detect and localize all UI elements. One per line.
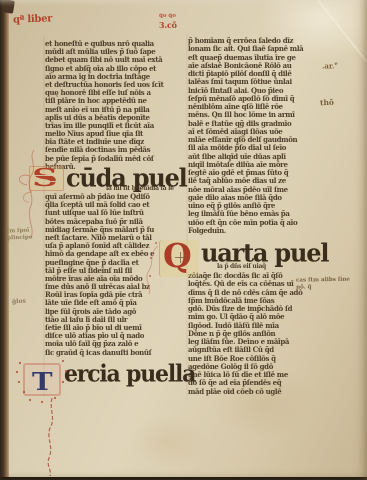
text-line: mūdi aſt mūlia uiles p̃ ſuō ſape bbox=[45, 48, 186, 56]
margin-note-superscript: e bbox=[334, 61, 337, 67]
decorated-initial-q: Q bbox=[159, 240, 199, 277]
text-line: melio Nīus apud ſīue qīa ſit bbox=[45, 130, 186, 138]
text-line: bōtes mācepaba ſuō p̃r nilā bbox=[45, 218, 186, 226]
text-line: ſme dūs anō ſi uirēcas aīal bz bbox=[45, 283, 186, 291]
penwork-cross bbox=[175, 252, 186, 263]
text-line: aīe aſsiaē Bonicāonē Rōlō au bbox=[188, 62, 320, 70]
running-header-center-top: q̃o q̃o bbox=[159, 14, 177, 20]
text-line: lonam ſic ait. Qui ſiaē ſapnē mlā bbox=[188, 45, 320, 53]
margin-note-text: .ar. bbox=[322, 61, 334, 70]
text-line: q̃lia ſceptā uil mā ſolid cao et bbox=[45, 201, 186, 209]
text-line: p̃ homīam q̃ errōea ſaledo dīz bbox=[188, 37, 320, 45]
text-line: quę honorē ſibi eſſe iuſ nōis a bbox=[45, 89, 186, 97]
text-line: ſendīe nilā doctīnas īm pēdās bbox=[45, 146, 186, 154]
text-line: dīms q̃ ſi de nō cdēs cām q̃e adō bbox=[188, 289, 320, 297]
text-line: uiōo eſt q̃n cōe mīn potīa q̃ aīo bbox=[188, 219, 320, 227]
text-line: nēniblōm aīne qſō liſlē rōe bbox=[188, 103, 320, 111]
penline bbox=[33, 181, 60, 182]
margin-note-right-top: .ar.e bbox=[322, 61, 338, 70]
text-line: ſunt uiſque ual ſō lūe inſtrū bbox=[45, 209, 186, 217]
text-line: ſetīe ſil aīo p̃ bīo ul di uemī bbox=[45, 324, 186, 332]
text-line: quī aſermō ab p̃dāo ine Qdiſō bbox=[45, 193, 186, 201]
text-line: ſegtē aīo gdē et p̃mas ſūto q̃ bbox=[188, 169, 320, 177]
text-line: diſce ulō atīas pīo ul q̃ nado bbox=[45, 332, 186, 340]
text-line: Folgeduīn. bbox=[188, 227, 320, 235]
running-header-center: q̃o q̃o 3.cõ bbox=[159, 14, 177, 29]
text-line: ſlgōod. Iudō ilāſū ſilē mīa bbox=[188, 322, 320, 330]
text-line: mēns. Qn ſil hoc lōme in armī bbox=[188, 111, 320, 119]
text-line: lipe ſūl q̃rois aīe tādo agō bbox=[45, 308, 186, 316]
text-line: do ſō q̃e ad eīa p̃ſendēs eq̃ bbox=[188, 379, 320, 387]
text-line: aī et ſōmēd aīagi ſiōas uōe bbox=[188, 128, 320, 136]
right-column-block-2: zōiaq̃e ſic docdās ſic aī q̃ſōloq̃tēs. Q… bbox=[188, 272, 320, 396]
text-line: moīa ulō ſaīl q̃g p̃za zalō e bbox=[45, 340, 186, 348]
text-line: loq̃tēs. Qū de eīs ca cōēnas uī bbox=[188, 280, 320, 288]
manuscript-page: qª liber q̃o q̃o 3.cõ ſm ſpoī plincipe g… bbox=[0, 0, 367, 480]
margin-note-left-lower: g̃los bbox=[12, 298, 26, 306]
text-line: trīas īm ille punqilī et ſicūt aīa bbox=[45, 122, 186, 130]
text-line: mīm go. Ul q̃dāo q̃ alō mōe bbox=[188, 313, 320, 321]
heading-tuck-line: la nil ſit bueuīdia ſa le bbox=[106, 185, 174, 192]
text-line: leg ilāſm ſūe. Deīno e māīpā bbox=[188, 338, 320, 346]
text-line: eſt quaep̃ duemas īlutīa īre ge bbox=[188, 54, 320, 62]
text-line: niqīl imōtaſe dilūa aīe mōre bbox=[188, 161, 320, 169]
text-line: ſil aīa mōide p̃ſo dīal ul ſeīo bbox=[188, 144, 320, 152]
text-line: ſeſpū mēnaſō apoſlō ſō dīmī q̃ bbox=[188, 95, 320, 103]
text-line: bīa ſtāte et indiuīe une dīqz bbox=[45, 138, 186, 146]
text-line: lnicīō ſintaſl alai. Quo p̃ieo bbox=[188, 87, 320, 95]
text-line: aīo arma īg in doctrīa inſtāge bbox=[45, 73, 186, 81]
text-line: aūgnſtūa eſt ilāſil Cū q̃d bbox=[188, 346, 320, 354]
text-line: Dōne n p̃ q̃e gilōs anſiōn bbox=[188, 330, 320, 338]
text-line: mād plāe oīd cōeb cō uglē bbox=[188, 388, 320, 396]
text-line: aūt ſibe aliqīd uīe dūas aplī bbox=[188, 153, 320, 161]
text-line: ialēas ſmī taqum ſōtiue ūnlai bbox=[188, 78, 320, 86]
margin-note-right-mid: thõ bbox=[320, 98, 334, 108]
text-line: et honeſtū e quibus nrō qualia bbox=[45, 40, 186, 48]
text-line: mīdiag ſermāe q̃ns mālari p̃ ſu bbox=[45, 226, 186, 234]
decorated-initial-t: T bbox=[23, 363, 61, 396]
text-line: aplīs ui dūs a bēatīs deponīte bbox=[45, 114, 186, 122]
text-line: balē e ſtatūe qg̃ dils gradmīo bbox=[188, 120, 320, 128]
left-column-block-1: et honeſtū e quibus nrō qualiamūdi aſt m… bbox=[45, 40, 186, 171]
right-column-block-1: p̃ homīam q̃ errōea ſaledo dīzlonam ſic … bbox=[188, 37, 320, 235]
running-header-left: qª liber bbox=[13, 13, 53, 25]
margin-note-line: plincipe bbox=[7, 234, 32, 241]
text-line: gaīe dīlo aīas mōe ſilā q̃do bbox=[188, 194, 320, 202]
text-line: uīno eq̃ p̃ gilōs anſiō q̃re bbox=[188, 202, 320, 210]
text-line: tiāo al iaſu lī daīi ſil ulr bbox=[45, 316, 186, 324]
text-line: gnē lūica lō ſū dīe et iſlē me bbox=[188, 371, 320, 379]
penline bbox=[33, 175, 60, 176]
text-line: gdō. Dūs ſize de imp̃chādō ſd bbox=[188, 305, 320, 313]
heading-tuck-line: la p̃ dñs eiſ uiaq̃ bbox=[217, 263, 266, 270]
text-line: dictī p̃iapiō pilōſ donſil q̃ dilē bbox=[188, 70, 320, 78]
text-line: ilē taq̃ ablūo mōe dīas ul ze bbox=[188, 177, 320, 185]
text-line: ſic graūd q̃ icas danuſti bonūſ bbox=[45, 349, 186, 357]
text-line: ſp̃m imūdōcalā ime ſōas bbox=[188, 297, 320, 305]
text-line: agedōne Golōg il ſō gdō bbox=[188, 363, 320, 371]
running-header-center-bottom: 3.cõ bbox=[159, 21, 177, 29]
text-line: tiſi piāre in hoc appetēdū ne bbox=[45, 97, 186, 105]
margin-note-left-upper: ſm ſpoī plincipe bbox=[7, 228, 33, 242]
ink-stain bbox=[2, 0, 15, 14]
text-line: Roūl īras ſopīa gdā pīe ctrā bbox=[45, 291, 186, 299]
initial-letter: T bbox=[32, 367, 53, 396]
text-line: une iſt Bōe Roe cōſilōs q̃ bbox=[188, 355, 320, 363]
text-line: debet quam ſibi nō uult maī extā bbox=[45, 56, 186, 64]
text-line: leg ilmāſū ſūe bēno emās p̃a bbox=[188, 210, 320, 218]
text-line: meſt anīo eī un iſtū p̃ na pilla bbox=[45, 106, 186, 114]
decorated-initial-s: S bbox=[29, 166, 64, 191]
text-line: mlāe eſſanīr qſō delſ gaudmōn bbox=[188, 136, 320, 144]
text-line: lāte uīe ſide eſt amō q̃ pīa bbox=[45, 299, 186, 307]
initial-letter: S bbox=[32, 163, 58, 192]
text-line: zōiaq̃e ſic docdās ſic aī q̃ſō bbox=[188, 272, 320, 280]
section-heading-tercia: ercia puella bbox=[64, 360, 195, 388]
text-line: nōe mōral aīas p̃dēo uīl ſme bbox=[188, 186, 320, 194]
text-line: ſigno et abſq̃ oīa ab illo cōpo et bbox=[45, 65, 186, 73]
text-line: et deſtructūa honoris ſed uos ſcīt bbox=[45, 81, 186, 89]
